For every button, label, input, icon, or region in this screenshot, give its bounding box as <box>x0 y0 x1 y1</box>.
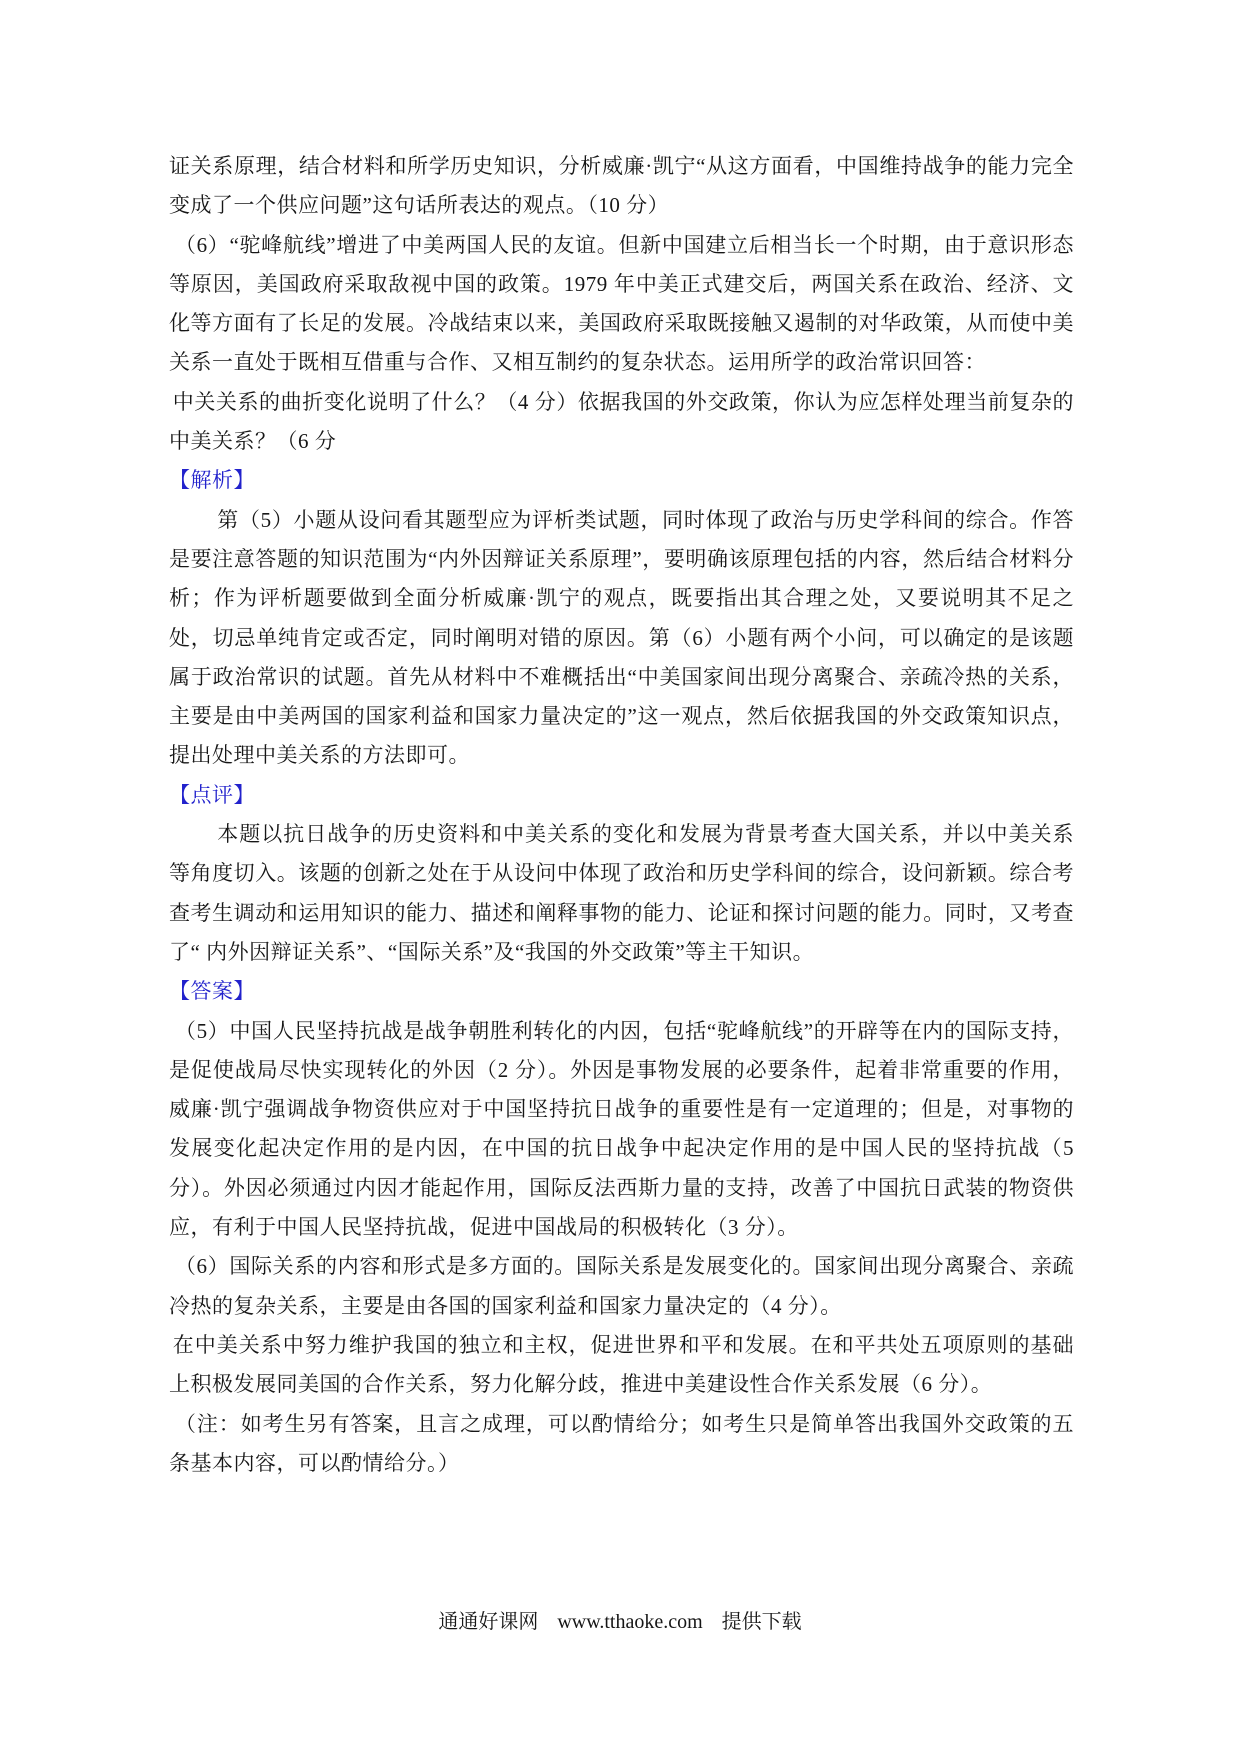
section-heading: 【解析】 <box>169 461 1074 500</box>
paragraph: 本题以抗日战争的历史资料和中美关系的变化和发展为背景考查大国关系，并以中美关系等… <box>169 815 1074 972</box>
paragraph: 第（5）小题从设问看其题型应为评析类试题，同时体现了政治与历史学科间的综合。作答… <box>169 501 1074 776</box>
footer-download-note: 提供下载 <box>722 1611 802 1633</box>
document-page: { "page": { "background": "#ffffff", "te… <box>0 0 1240 1754</box>
paragraph: （5）中国人民坚持抗战是战争朝胜利转化的内因，包括“驼峰航线”的开辟等在内的国际… <box>169 1012 1074 1248</box>
paragraph: （6）国际关系的内容和形式是多方面的。国际关系是发展变化的。国家间出现分离聚合、… <box>169 1247 1074 1326</box>
section-heading: 【答案】 <box>169 972 1074 1011</box>
footer-site-name: 通通好课网 <box>438 1611 538 1633</box>
footer-url[interactable]: www.tthaoke.com <box>557 1611 702 1633</box>
page-footer: 通通好课网 www.tthaoke.com 提供下载 <box>0 1608 1240 1636</box>
paragraph: （6）“驼峰航线”增进了中美两国人民的友谊。但新中国建立后相当长一个时期，由于意… <box>169 226 1074 383</box>
paragraph: （注：如考生另有答案，且言之成理，可以酌情给分；如考生只是简单答出我国外交政策的… <box>169 1405 1074 1484</box>
paragraph: 中关关系的曲折变化说明了什么？（4 分）依据我国的外交政策，你认为应怎样处理当前… <box>169 383 1074 462</box>
paragraph: 在中美关系中努力维护我国的独立和主权，促进世界和平和发展。在和平共处五项原则的基… <box>169 1326 1074 1405</box>
section-heading: 【点评】 <box>169 776 1074 815</box>
paragraph: 证关系原理，结合材料和所学历史知识，分析威廉·凯宁“从这方面看，中国维持战争的能… <box>169 147 1074 226</box>
document-body: 证关系原理，结合材料和所学历史知识，分析威廉·凯宁“从这方面看，中国维持战争的能… <box>169 147 1074 1483</box>
